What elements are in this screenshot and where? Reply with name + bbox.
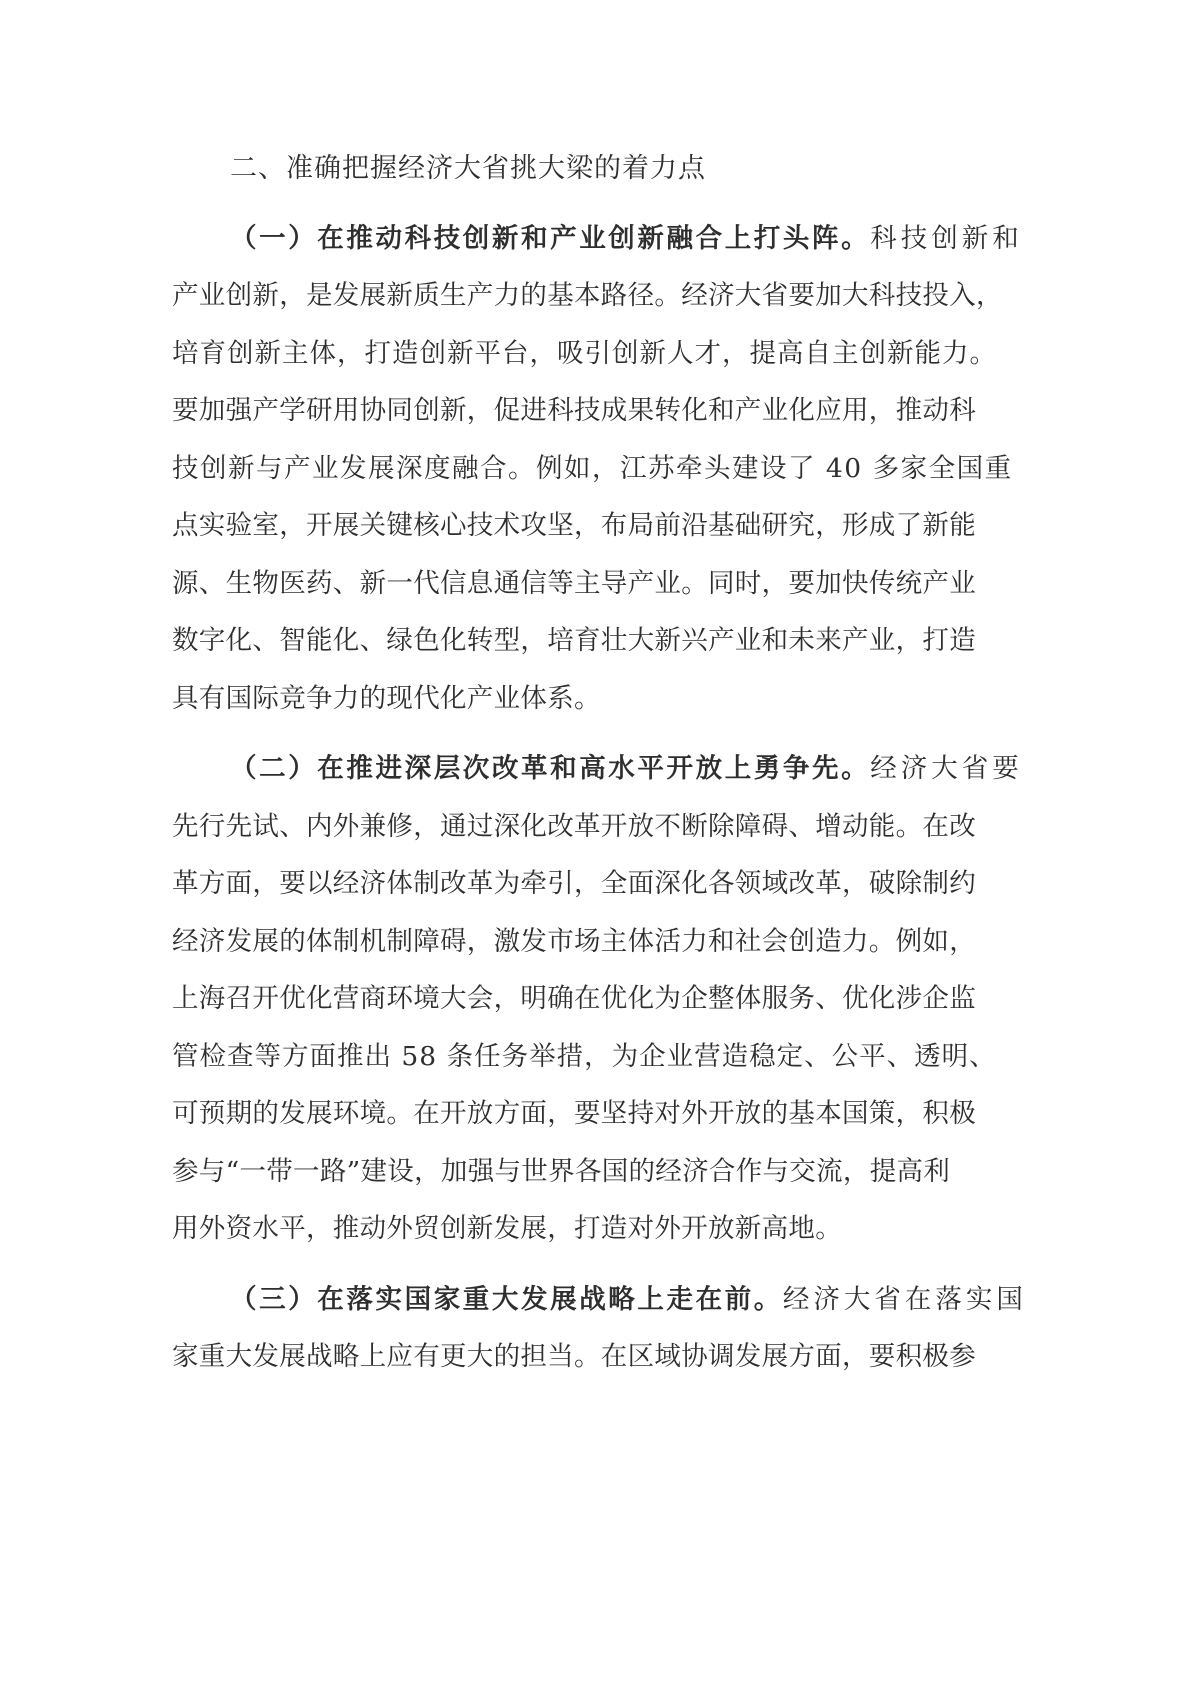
paragraph-line: 经济发展的体制机制障碍，激发市场主体活力和社会创造力。例如， — [172, 913, 944, 971]
paragraph-line: 参与“一带一路”建设，加强与世界各国的经济合作与交流，提高利 — [172, 1143, 944, 1201]
paragraph-line: 可预期的发展环境。在开放方面，要坚持对外开放的基本国策，积极 — [172, 1085, 944, 1143]
paragraph-line: 要加强产学研用协同创新，促进科技成果转化和产业化应用，推动科 — [172, 382, 944, 440]
section-heading: 二、准确把握经济大省挑大梁的着力点 — [172, 140, 944, 198]
paragraph-line: （二）在推进深层次改革和高水平开放上勇争先。经济大省要 — [172, 740, 944, 798]
paragraph-1: （一）在推动科技创新和产业创新融合上打头阵。科技创新和 产业创新，是发展新质生产… — [172, 210, 944, 728]
paragraph-line: 先行先试、内外兼修，通过深化改革开放不断除障碍、增动能。在改 — [172, 798, 944, 856]
paragraph-line: 源、生物医药、新一代信息通信等主导产业。同时，要加快传统产业 — [172, 555, 944, 613]
paragraph-line: 上海召开优化营商环境大会，明确在优化为企整体服务、优化涉企监 — [172, 970, 944, 1028]
paragraph-line: （一）在推动科技创新和产业创新融合上打头阵。科技创新和 — [172, 210, 944, 268]
paragraph-line: 家重大发展战略上应有更大的担当。在区域协调发展方面，要积极参 — [172, 1328, 944, 1386]
paragraph-line: （三）在落实国家重大发展战略上走在前。经济大省在落实国 — [172, 1271, 944, 1329]
paragraph-line: 培育创新主体，打造创新平台，吸引创新人才，提高自主创新能力。 — [172, 325, 944, 383]
paragraph-line: 产业创新，是发展新质生产力的基本路径。经济大省要加大科技投入， — [172, 267, 944, 325]
paragraph-line: 管检查等方面推出 58 条任务举措，为企业营造稳定、公平、透明、 — [172, 1028, 944, 1086]
paragraph-3: （三）在落实国家重大发展战略上走在前。经济大省在落实国 家重大发展战略上应有更大… — [172, 1271, 944, 1386]
paragraph-line: 革方面，要以经济体制改革为牵引，全面深化各领域改革，破除制约 — [172, 855, 944, 913]
paragraph-2: （二）在推进深层次改革和高水平开放上勇争先。经济大省要 先行先试、内外兼修，通过… — [172, 740, 944, 1258]
paragraph-line: 点实验室，开展关键核心技术攻坚，布局前沿基础研究，形成了新能 — [172, 497, 944, 555]
document-page: 二、准确把握经济大省挑大梁的着力点 （一）在推动科技创新和产业创新融合上打头阵。… — [172, 140, 944, 1386]
paragraph-lead: （二）在推进深层次改革和高水平开放上勇争先。 — [230, 753, 870, 784]
paragraph-line: 用外资水平，推动外贸创新发展，打造对外开放新高地。 — [172, 1200, 944, 1258]
paragraph-line: 具有国际竞争力的现代化产业体系。 — [172, 670, 944, 728]
paragraph-line: 数字化、智能化、绿色化转型，培育壮大新兴产业和未来产业，打造 — [172, 612, 944, 670]
paragraph-lead: （三）在落实国家重大发展战略上走在前。 — [230, 1284, 783, 1315]
paragraph-line: 技创新与产业发展深度融合。例如，江苏牵头建设了 40 多家全国重 — [172, 440, 944, 498]
paragraph-lead: （一）在推动科技创新和产业创新融合上打头阵。 — [230, 223, 870, 254]
